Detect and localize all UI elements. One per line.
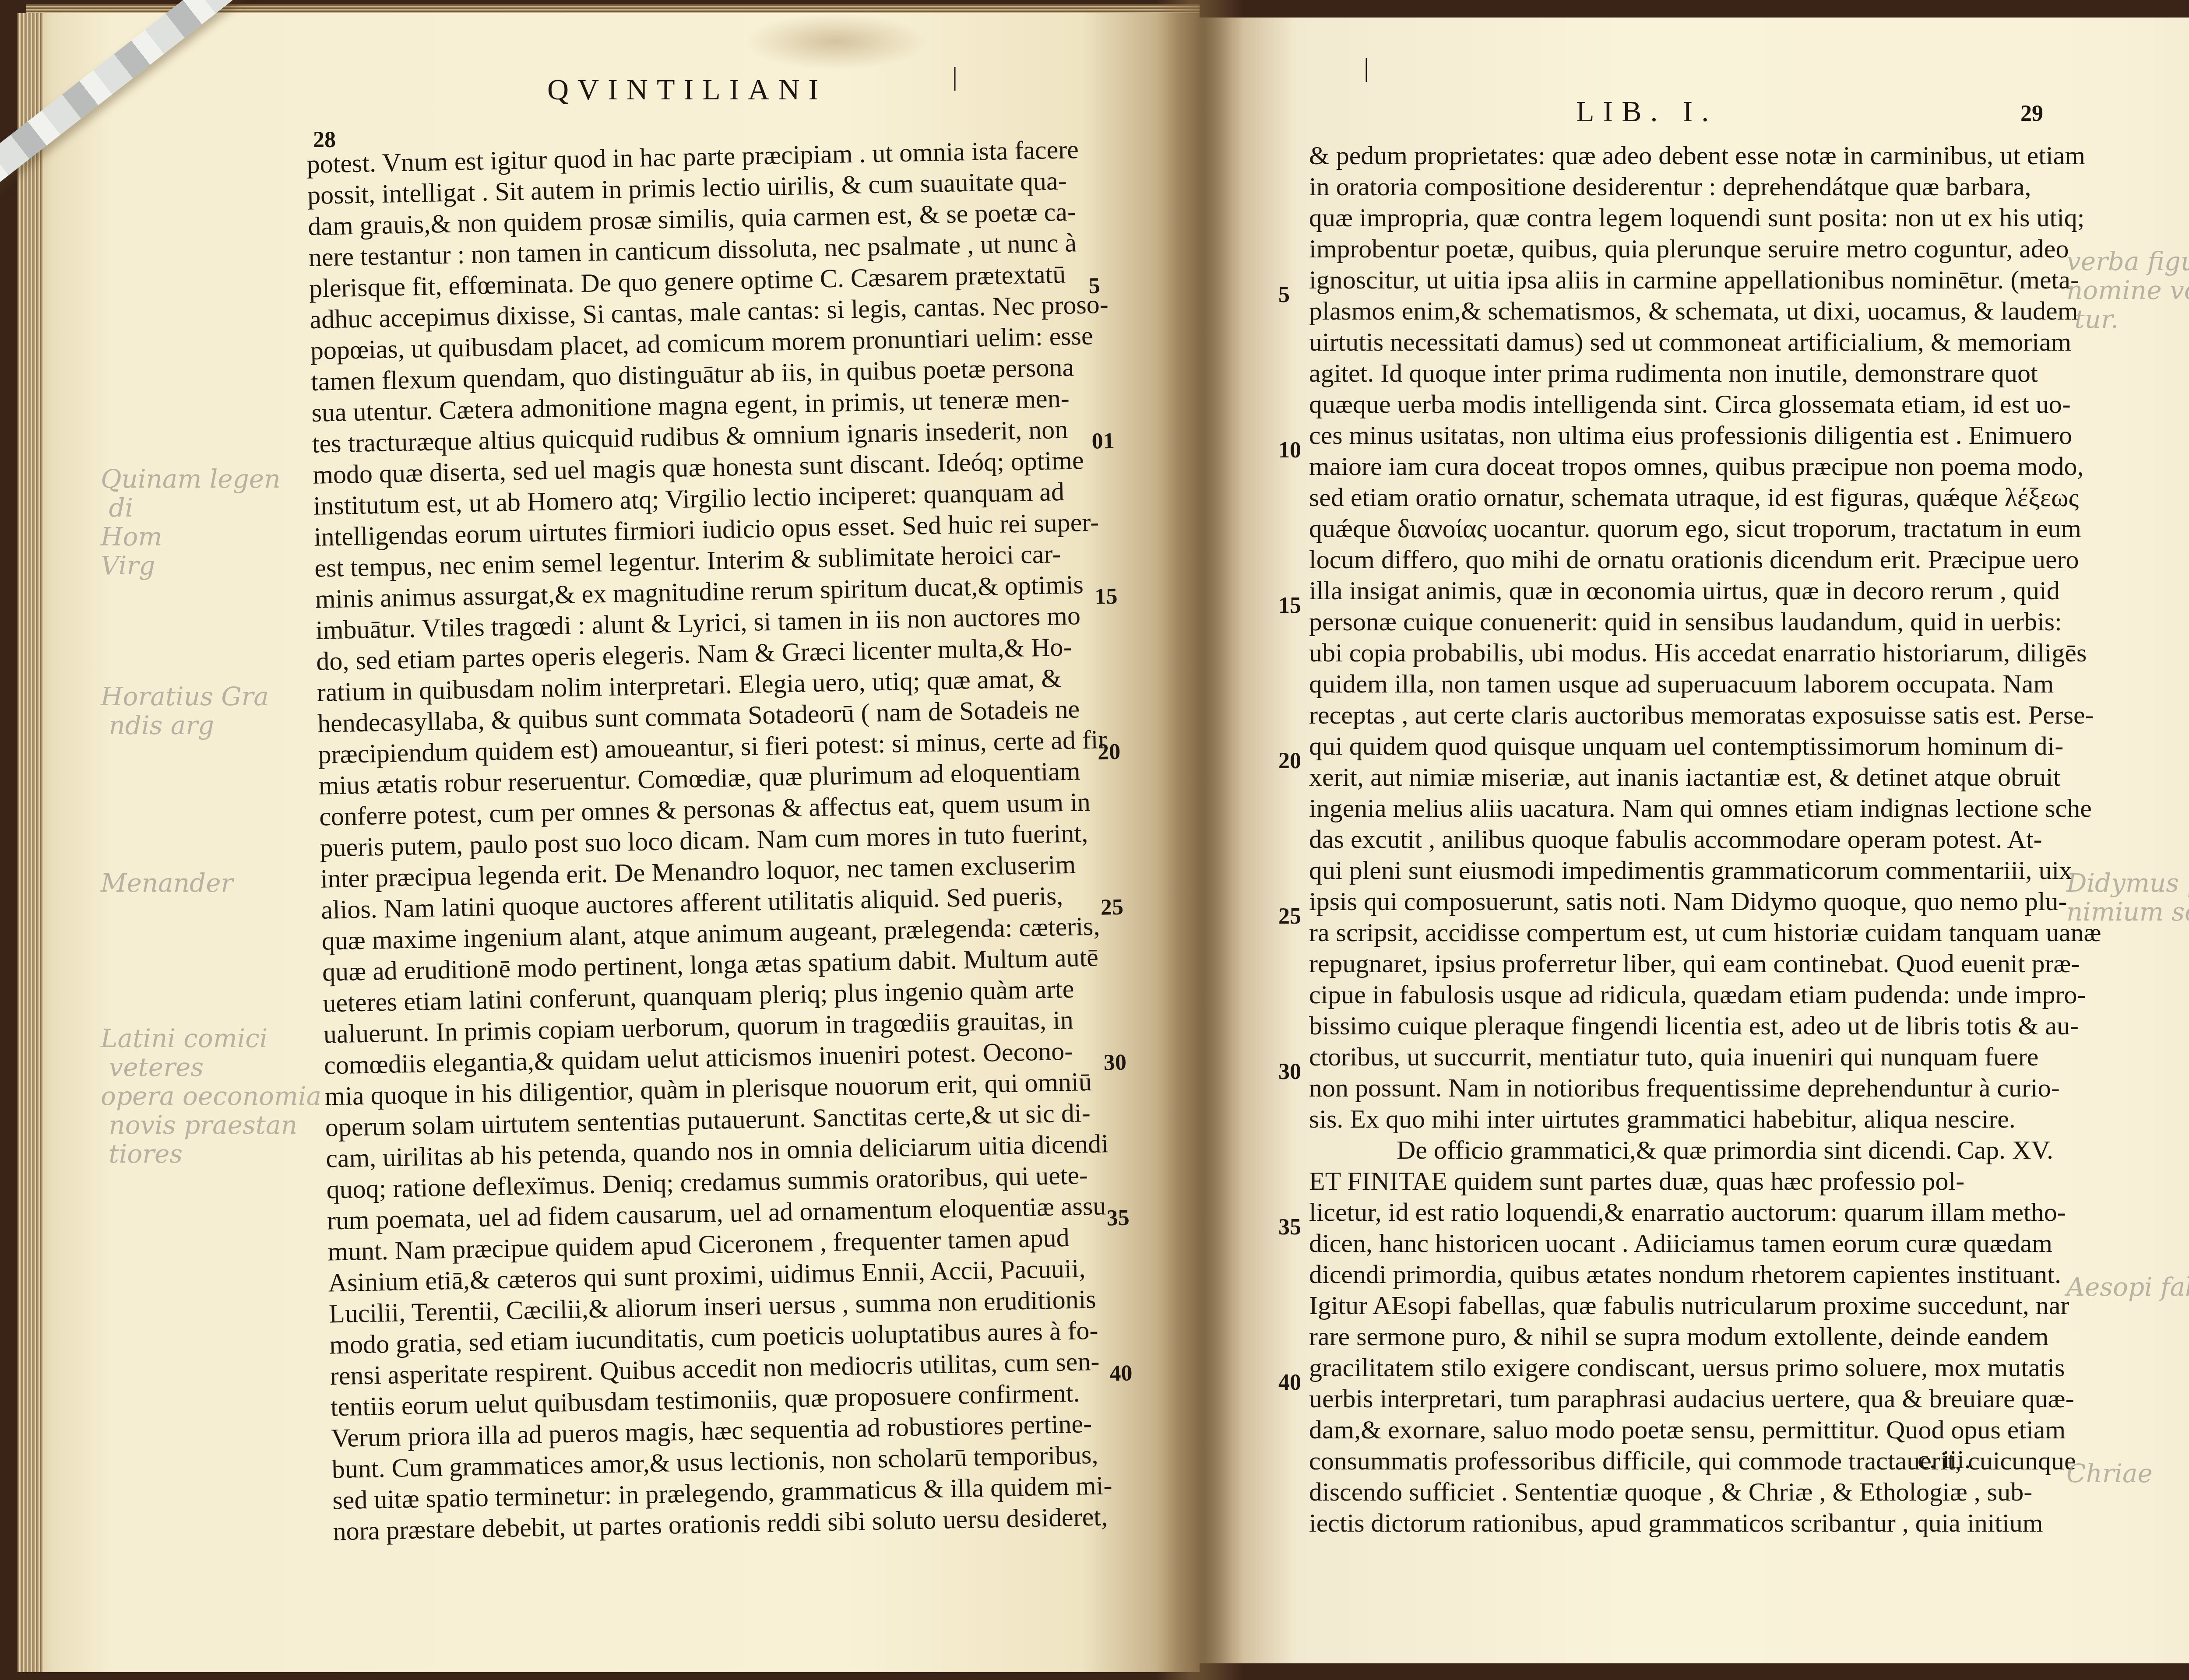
right-top-mark: | bbox=[1364, 53, 1369, 83]
text-line: qui pleni sunt eiusmodi impedimentis gra… bbox=[1309, 855, 2053, 886]
chapter-number: Cap. XV. bbox=[1957, 1135, 2053, 1166]
text-line: quǽque διανοίας uocantur. quorum ego, si… bbox=[1309, 513, 2053, 544]
chapter-title: De officio grammatici,& quæ primordia si… bbox=[1309, 1135, 1952, 1164]
line-number: 40 bbox=[1278, 1370, 1301, 1395]
handwritten-margin-note: verba figurarum nomine vocan tur. bbox=[2066, 247, 2189, 334]
handwritten-margin-note: Horatius Gra ndis arg bbox=[101, 682, 269, 740]
line-number: 25 bbox=[1278, 903, 1301, 929]
text-line: quidem illa, non tamen usque ad superuac… bbox=[1309, 668, 2053, 699]
text-line: personæ cuique conuenerit: quid in sensi… bbox=[1309, 606, 2053, 637]
text-line: in oratoria compositione desiderentur : … bbox=[1309, 171, 2053, 202]
text-line: dicen, hanc historicen uocant . Adiiciam… bbox=[1309, 1228, 2053, 1259]
text-line: ET FINITAE quidem sunt partes duæ, quas … bbox=[1309, 1166, 2053, 1197]
text-line: & pedum proprietates: quæ adeo debent es… bbox=[1309, 140, 2053, 171]
handwritten-margin-note: Didymus plurima nimium scriptor bbox=[2066, 868, 2189, 926]
text-line: non possunt. Nam in notioribus frequenti… bbox=[1309, 1072, 2053, 1104]
line-number: 35 bbox=[1106, 1205, 1130, 1231]
text-line: iectis dictorum rationibus, apud grammat… bbox=[1309, 1508, 2053, 1539]
handwritten-margin-note: Menander bbox=[101, 868, 233, 897]
text-line: ra scripsit, accidisse compertum est, ut… bbox=[1309, 917, 2053, 948]
line-number: 20 bbox=[1278, 748, 1301, 774]
text-line: cipue in fabulosis usque ad ridicula, qu… bbox=[1309, 979, 2053, 1010]
text-line: uerbis interpretari, tum paraphrasi auda… bbox=[1309, 1383, 2053, 1414]
text-line: locum differo, quo mihi de ornatu oratio… bbox=[1309, 544, 2053, 575]
text-line: illa insigat animis, quæ in œconomia uir… bbox=[1309, 575, 2053, 606]
text-line: ubi copia probabilis, ubi modus. His acc… bbox=[1309, 637, 2053, 668]
text-line: qui quidem quod quisque unquam uel conte… bbox=[1309, 731, 2053, 762]
water-stain bbox=[744, 13, 928, 70]
text-line: gracilitatem stilo exigere condiscant, u… bbox=[1309, 1352, 2053, 1383]
text-line: ingenia melius aliis uacatura. Nam qui o… bbox=[1309, 793, 2053, 824]
text-line: improbentur poetæ, quibus, quia plerunqu… bbox=[1309, 233, 2053, 264]
line-number: 20 bbox=[1098, 739, 1121, 765]
handwritten-margin-note: Chriae bbox=[2066, 1459, 2153, 1488]
text-line: dam,& exornare, saluo modo poetæ sensu, … bbox=[1309, 1414, 2053, 1445]
right-folio: 29 bbox=[2020, 101, 2043, 127]
text-line: uirtutis necessitati damus) sed ut commo… bbox=[1309, 327, 2053, 358]
text-line: plasmos enim,& schematismos, & schemata,… bbox=[1309, 295, 2053, 327]
text-line: ctoribus, ut succurrit, mentiatur tuto, … bbox=[1309, 1041, 2053, 1072]
line-number: 35 bbox=[1278, 1214, 1301, 1240]
line-number: 25 bbox=[1100, 894, 1123, 921]
text-line: discendo sufficiet . Sententiæ quoque , … bbox=[1309, 1476, 2053, 1508]
signature-mark: c. iii. bbox=[1918, 1445, 1971, 1475]
chapter-heading: De officio grammatici,& quæ primordia si… bbox=[1309, 1135, 2053, 1166]
text-line: quæque uerba modis intelligenda sint. Ci… bbox=[1309, 389, 2053, 420]
text-line: dicendi primordia, quibus ætates nondum … bbox=[1309, 1259, 2053, 1290]
line-number: 5 bbox=[1088, 273, 1100, 299]
text-line: Igitur AEsopi fabellas, quæ fabulis nutr… bbox=[1309, 1290, 2053, 1321]
text-line: repugnaret, ipsius proferretur liber, qu… bbox=[1309, 948, 2053, 979]
line-number: 01 bbox=[1091, 428, 1115, 454]
text-line: ignoscitur, ut uitia ipsa aliis in carmi… bbox=[1309, 264, 2053, 295]
gutter-shadow bbox=[1156, 0, 1243, 1680]
line-number: 10 bbox=[1278, 437, 1301, 463]
text-line: bissimo cuique pleraque fingendi licenti… bbox=[1309, 1010, 2053, 1041]
line-number: 15 bbox=[1278, 593, 1301, 619]
line-number: 30 bbox=[1103, 1050, 1126, 1076]
text-line: sis. Ex quo mihi inter uirtutes grammati… bbox=[1309, 1104, 2053, 1135]
text-line: das excutit , anilibus quoque fabulis ac… bbox=[1309, 824, 2053, 855]
text-line: receptas , aut certe claris auctoribus m… bbox=[1309, 699, 2053, 731]
line-number: 15 bbox=[1094, 583, 1118, 610]
text-line: agitet. Id quoque inter prima rudimenta … bbox=[1309, 358, 2053, 389]
handwritten-margin-note: Quinam legen di Hom Virg bbox=[101, 464, 281, 580]
left-running-head: QVINTILIANI bbox=[547, 72, 827, 107]
handwritten-margin-note: Latini comici veteres opera oeconomia no… bbox=[101, 1024, 321, 1168]
left-top-mark: | bbox=[952, 61, 957, 91]
text-line: sed etiam oratio ornatur, schemata utraq… bbox=[1309, 482, 2053, 513]
left-page-edges bbox=[18, 13, 44, 1672]
line-number: 30 bbox=[1278, 1059, 1301, 1085]
text-line: ipsis qui composuerunt, satis noti. Nam … bbox=[1309, 886, 2053, 917]
text-line: licetur, id est ratio loquendi,& enarrat… bbox=[1309, 1197, 2053, 1228]
text-line: quæ impropria, quæ contra legem loquendi… bbox=[1309, 202, 2053, 233]
text-line: ces minus usitatas, non ultima eius prof… bbox=[1309, 420, 2053, 451]
text-line: xerit, aut nimiæ miseriæ, aut inanis iac… bbox=[1309, 762, 2053, 793]
handwritten-margin-note: Aesopi fabula bbox=[2066, 1272, 2189, 1301]
right-page-text: & pedum proprietates: quæ adeo debent es… bbox=[1309, 140, 2053, 1539]
left-page-text: potest. Vnum est igitur quod in hac part… bbox=[306, 134, 1112, 1547]
line-number: 5 bbox=[1278, 282, 1290, 308]
text-line: rare sermone puro, & nihil se supra modu… bbox=[1309, 1321, 2053, 1352]
right-running-head: LIB. I. bbox=[1576, 94, 1717, 129]
text-line: maiore iam cura doceat tropos omnes, qui… bbox=[1309, 451, 2053, 482]
line-number: 40 bbox=[1109, 1360, 1133, 1386]
